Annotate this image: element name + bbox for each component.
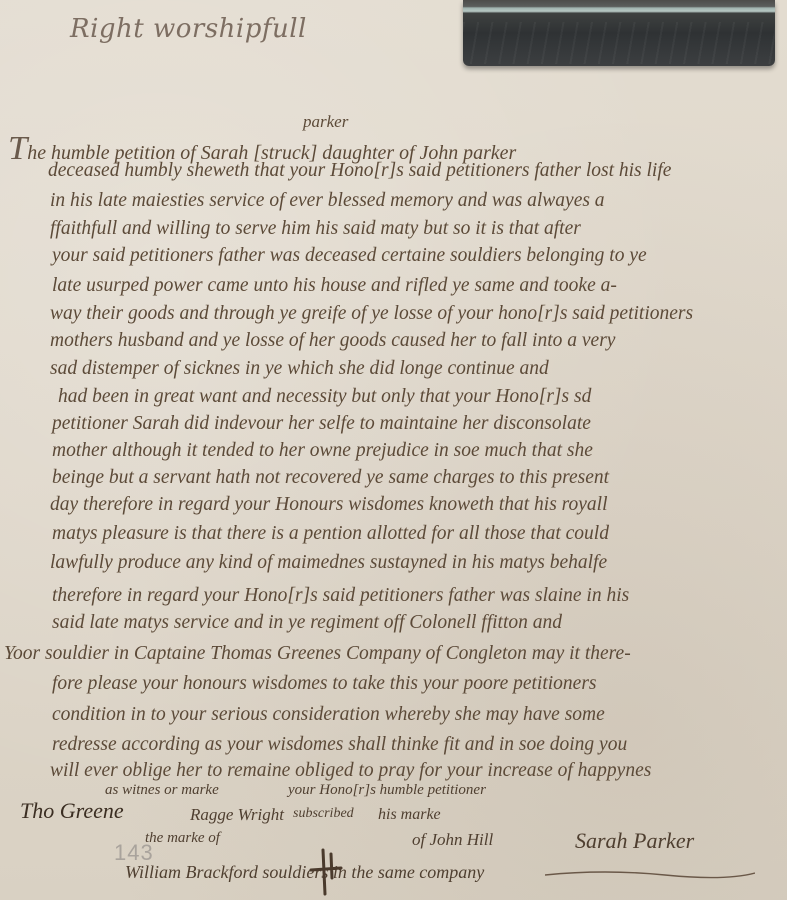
petition-line-21: condition in to your serious considerati… xyxy=(52,704,605,726)
petition-line-4: ffaithfull and willing to serve him his … xyxy=(50,218,581,240)
petition-line-14: day therefore in regard your Honours wis… xyxy=(50,494,608,516)
petition-line-13: beinge but a servant hath not recovered … xyxy=(52,467,609,489)
subscription: your Hono[r]s humble petitioner xyxy=(288,782,486,799)
signature-wright: Ragge Wright xyxy=(190,805,284,825)
petition-line-2: deceased humbly sheweth that your Hono[r… xyxy=(48,160,671,182)
initial-letter: T xyxy=(8,130,27,167)
petition-line-12: mother although it tended to her owne pr… xyxy=(52,440,593,462)
signature-tho-greene: Tho Greene xyxy=(20,798,124,824)
petition-line-15: matys pleasure is that there is a pentio… xyxy=(52,523,609,545)
manuscript-page: Right worshipfull parker The humble peti… xyxy=(0,0,787,900)
cross-mark-icon xyxy=(305,848,345,896)
signature-john-hill: of John Hill xyxy=(412,830,493,850)
metal-clip xyxy=(463,0,775,66)
attestation: as witnes or marke xyxy=(105,782,219,799)
petition-line-9: sad distemper of sicknes in ye which she… xyxy=(50,358,549,380)
petition-line-19: Yoor souldier in Captaine Thomas Greenes… xyxy=(4,643,631,665)
petition-line-18: said late matys service and in ye regime… xyxy=(52,612,562,634)
signature-sarah-parker: Sarah Parker xyxy=(575,828,694,854)
petition-line-8: mothers husband and ye losse of her good… xyxy=(50,330,615,352)
salutation: Right worshipfull xyxy=(70,14,307,44)
interlinear-insert: parker xyxy=(303,112,348,132)
petition-line-22: redresse according as your wisdomes shal… xyxy=(52,734,627,756)
the-mark-of-label: the marke of xyxy=(145,830,220,847)
petition-line-3: in his late maiesties service of ever bl… xyxy=(50,190,605,212)
petition-line-7: way their goods and through ye greife of… xyxy=(50,303,693,325)
petition-line-5: your said petitioners father was decease… xyxy=(52,245,647,267)
petition-line-6: late usurped power came unto his house a… xyxy=(52,275,617,297)
petition-line-23: will ever oblige her to remaine obliged … xyxy=(50,760,651,782)
his-mark-label: his marke xyxy=(378,806,441,824)
signature-flourish-icon xyxy=(545,867,755,881)
petition-line-17: therefore in regard your Hono[r]s said p… xyxy=(52,585,629,607)
folio-number: 143 xyxy=(114,840,154,866)
petition-line-20: fore please your honours wisdomes to tak… xyxy=(52,673,597,695)
subscribed-note: subscribed xyxy=(293,806,354,822)
petition-line-10: had been in great want and necessity but… xyxy=(58,386,591,408)
petition-line-11: petitioner Sarah did indevour her selfe … xyxy=(52,413,591,435)
petition-line-16: lawfully produce any kind of maimednes s… xyxy=(50,552,607,574)
